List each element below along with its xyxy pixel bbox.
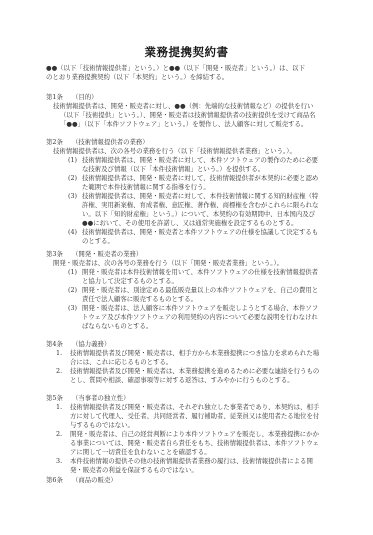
article-3-item-3-cont: トウェア及び本件ソフトウェアの利用契約の内容について必要な説明を行わなけれ — [82, 313, 318, 321]
article-2-item-2: (2)技術情報提供者は、開発・販売者に対して、技術情報提供者が本契約に必要と認め — [82, 174, 318, 182]
article-1-heading: 第1条（目的） — [46, 93, 98, 101]
article-3-item-3-cont: ばならないものとする。 — [82, 322, 152, 330]
article-4-item-1: 1.技術情報提供者及び開発・販売者は、相手方から本業務提携につき協力を求められた… — [70, 349, 319, 357]
article-2-item-3-cont: い。以下「知的財産権」という。）について、本契約の有効期間中、日本国内及び — [82, 210, 315, 218]
article-5-heading: 第5条（当事者の独立性） — [46, 394, 130, 402]
intro-line: ●●（以下「技術情報提供者」という。）と●●（以下「開発・販売者」という。）は、… — [46, 64, 305, 72]
article-3-body: 開発・販売者は、次の各号の業務を行う（以下「開発・販売者業務」という。）。 — [53, 259, 283, 267]
article-5-item-3: 3.本件技術情報の提供その他の技術情報提供者業務の履行は、技術情報提供者による開 — [70, 457, 313, 465]
article-1-body: 「●●」（以下「本件ソフトウェア」という。）を製作し、法人顧客に対して販売する。 — [60, 120, 307, 128]
article-2-body: 技術情報提供者は、次の各号の業務を行う（以下「技術情報提供者業務」という。）。 — [53, 147, 296, 155]
article-6-heading: 第6条（商品の販売） — [46, 476, 117, 484]
article-3-item-2-cont: 責任で法人顧客に販売するものとする。 — [82, 295, 197, 303]
article-2-item-3: (3)技術情報提供者は、開発・販売者に対して、本件技術情報に関する知的財産権（特 — [82, 192, 318, 200]
article-5-item-3-cont: 発・販売者の利益を保証するものではない。 — [70, 466, 198, 474]
article-2-item-3-cont: 許権、実用新案権、育成者権、意匠権、著作権、商標権を含むがこれらに限られな — [82, 201, 318, 209]
article-3-heading: 第3条（開発・販売者の業務） — [46, 250, 142, 258]
article-2-item-1-cont: な技術及び情報（以下「本件技術情報」という。）を提供する。 — [82, 165, 264, 173]
article-3-item-2: (2)開発・販売者は、別途定める最低販売量以上の本件ソフトウェアを、自己の費用と — [82, 286, 318, 294]
article-1-body: （以下「技術提供」という。）、開発・販売者は技術情報提供者の技術提供を受けて商品… — [60, 111, 316, 119]
article-5-item-2-cont: る事業については、開発・販売者自ら責任をもち、技術情報提供者は、本件ソフトウェ — [70, 439, 319, 447]
article-5-item-1-cont: 与するものではない。 — [70, 421, 134, 429]
article-5-item-1: 1.技術情報提供者及び開発・販売者は、それぞれ独立した事業者であり、本契約は、相… — [70, 403, 319, 411]
intro-line: のとおり業務提携契約（以下「本契約」という。）を締結する。 — [46, 73, 228, 81]
article-1-body: 技術情報提供者は、開発・販売者に対し、●●（例：先端的な技術情報など）の提供を行… — [53, 102, 313, 110]
article-2-item-4: (4)技術情報提供者は、開発・販売者と本件ソフトウェアの仕様を協議して決定するも — [82, 228, 318, 236]
article-4-item-2-cont: とし、質問や相談、確認事項等に対する返答は、すみやかに行うものとする。 — [70, 376, 294, 384]
article-2-item-2-cont: た範囲で本件技術情報に関する指導を行う。 — [82, 183, 210, 191]
article-2-item-3-cont: ●●において、その使用を許諾し、又は通常実施権を設定するものとする。 — [82, 219, 298, 227]
article-5-item-1-cont: 方に対して代理人、受任者、共同経営者、履行補助者、従業員又は使用者たる地位を付 — [70, 412, 319, 420]
article-3-item-1-cont: と協力して決定するものとする。 — [82, 277, 178, 285]
article-5-item-2: 2.開発・販売者は、自己の経営判断により本件ソフトウェアを販売し、本業務提携にか… — [70, 430, 319, 438]
article-3-item-3: (3)開発・販売者は、法人顧客に本件ソフトウェアを販売しようとする場合、本件ソフ — [82, 304, 318, 312]
article-2-item-1: (1)技術情報提供者は、開発・販売者に対して、本件ソフトウェアの製作のために必要 — [82, 156, 318, 164]
article-3-item-1: (1)開発・販売者は本件技術情報を用いて、本件ソフトウェアの仕様を技術情報提供者 — [82, 268, 318, 276]
article-5-item-2-cont: アに関して一切責任を負わないことを確認する。 — [70, 448, 211, 456]
article-2-item-4-cont: のとする。 — [82, 237, 114, 245]
document-title: 業務提携契約書 — [0, 44, 373, 60]
document-page: 業務提携契約書 ●●（以下「技術情報提供者」という。）と●●（以下「開発・販売者… — [0, 0, 373, 535]
article-4-item-1-cont: 合には、これに応じるものとする。 — [70, 358, 172, 366]
article-2-heading: 第2条（技術情報提供者の業務） — [46, 138, 149, 146]
article-4-heading: 第4条（協力義務） — [46, 340, 110, 348]
article-4-item-2: 2.技術情報提供者及び開発・販売者は、本業務提携を進めるために必要な連絡を行うも… — [70, 367, 319, 375]
